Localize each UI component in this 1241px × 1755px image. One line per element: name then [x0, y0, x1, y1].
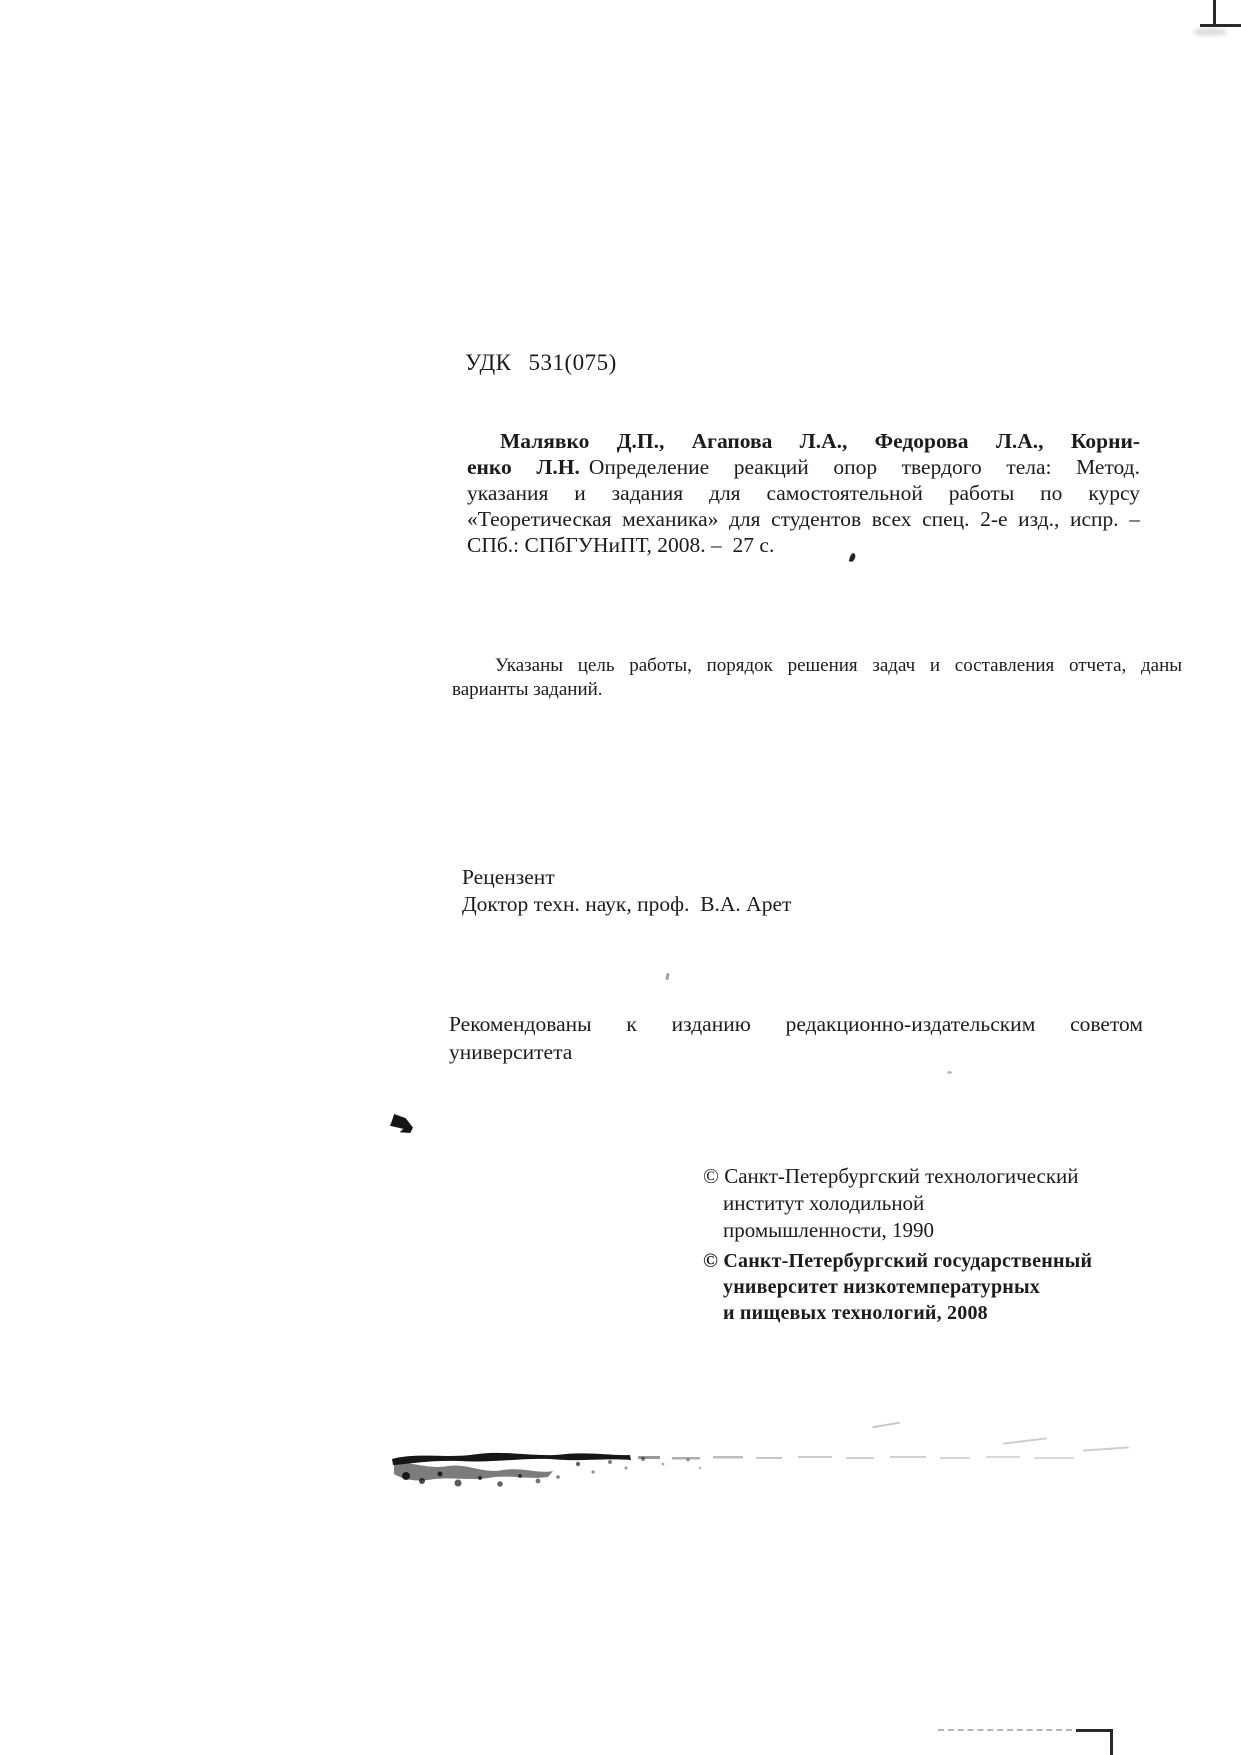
abstract-paragraph: Указаны цель работы, порядок решения зад… [452, 654, 1182, 702]
copyright-2008-line-3: и пищевых технологий, 2008 [703, 1300, 1092, 1326]
scan-smudge-top-right [1193, 28, 1227, 36]
udc-number: 531(075) [529, 350, 617, 375]
copyright-icon: © [703, 1250, 718, 1272]
copyright-2008-line-2: университет низкотемпературных [703, 1274, 1092, 1300]
title-text: Определение реакций опор твердого тела: … [589, 455, 1140, 479]
ink-speck-after-biblio [849, 552, 857, 562]
ink-speck-mid-left [665, 973, 669, 980]
biblio-line-4: «Теоретическая механика» для студентов в… [467, 506, 1140, 532]
copyright-2008-holder: Санкт-Петербургский государственный [723, 1250, 1092, 1272]
copyright-1990-holder: Санкт-Петербургский технологический [724, 1164, 1078, 1188]
copyright-icon: © [703, 1164, 719, 1188]
copyright-1990-line-1: © Санкт-Петербургский технологический [703, 1163, 1079, 1190]
biblio-line-5-imprint: СПб.: СПбГУНиПТ, 2008. – 27 с. [467, 532, 1140, 558]
copyright-notice-2008: © Санкт-Петербургский государственный ун… [703, 1248, 1092, 1326]
bibliographic-record: Малявко Д.П., Агапова Л.А., Федорова Л.А… [467, 428, 1140, 558]
authors-bold-text: Малявко Д.П., Агапова Л.А., Федорова Л.А… [500, 429, 1140, 453]
biblio-line-1: Малявко Д.П., Агапова Л.А., Федорова Л.А… [467, 428, 1140, 454]
crop-mark-top-right-vertical [1213, 0, 1216, 26]
udc-label: УДК [465, 350, 512, 375]
recommendation-block: Рекомендованы к изданию редакционно-изда… [449, 1010, 1143, 1066]
recommendation-line-1: Рекомендованы к изданию редакционно-изда… [449, 1010, 1143, 1038]
abstract-line-2: варианты заданий. [452, 678, 1182, 702]
ink-blot [390, 1114, 413, 1133]
biblio-line-2: енко Л.Н.Определение реакций опор твердо… [467, 454, 1140, 480]
recommendation-line-2: университета [449, 1038, 1143, 1066]
crop-mark-bottom-right-horizontal [1076, 1729, 1112, 1732]
scan-smudge-graphic [388, 1450, 1088, 1490]
udc-classification-line: УДК531(075) [465, 350, 617, 376]
scan-smudge-band [388, 1450, 1088, 1490]
scan-noise-dash [1003, 1437, 1047, 1444]
scan-dash-trail-bottom-right [938, 1729, 1072, 1731]
scan-noise-dash [872, 1422, 900, 1429]
author-continuation-bold: енко Л.Н. [467, 455, 580, 479]
scan-noise-dash [1083, 1446, 1129, 1451]
copyright-notice-1990: © Санкт-Петербургский технологический ин… [703, 1163, 1079, 1244]
reviewer-heading: Рецензент [462, 864, 791, 891]
biblio-line-3: указания и задания для самостоятельной р… [467, 480, 1140, 506]
crop-mark-top-right-horizontal [1200, 24, 1241, 27]
copyright-2008-line-1: © Санкт-Петербургский государственный [703, 1248, 1092, 1274]
abstract-line-1: Указаны цель работы, порядок решения зад… [452, 654, 1182, 678]
copyright-1990-line-3: промышленности, 1990 [703, 1217, 1079, 1244]
reviewer-block: Рецензент Доктор техн. наук, проф. В.А. … [462, 864, 791, 918]
crop-mark-bottom-right-vertical [1110, 1729, 1113, 1755]
copyright-1990-line-2: институт холодильной [703, 1190, 1079, 1217]
ink-speck-mid-right [947, 1071, 952, 1074]
scanned-title-verso-page: УДК531(075) Малявко Д.П., Агапова Л.А., … [0, 0, 1241, 1755]
reviewer-person: Доктор техн. наук, проф. В.А. Арет [462, 891, 791, 918]
